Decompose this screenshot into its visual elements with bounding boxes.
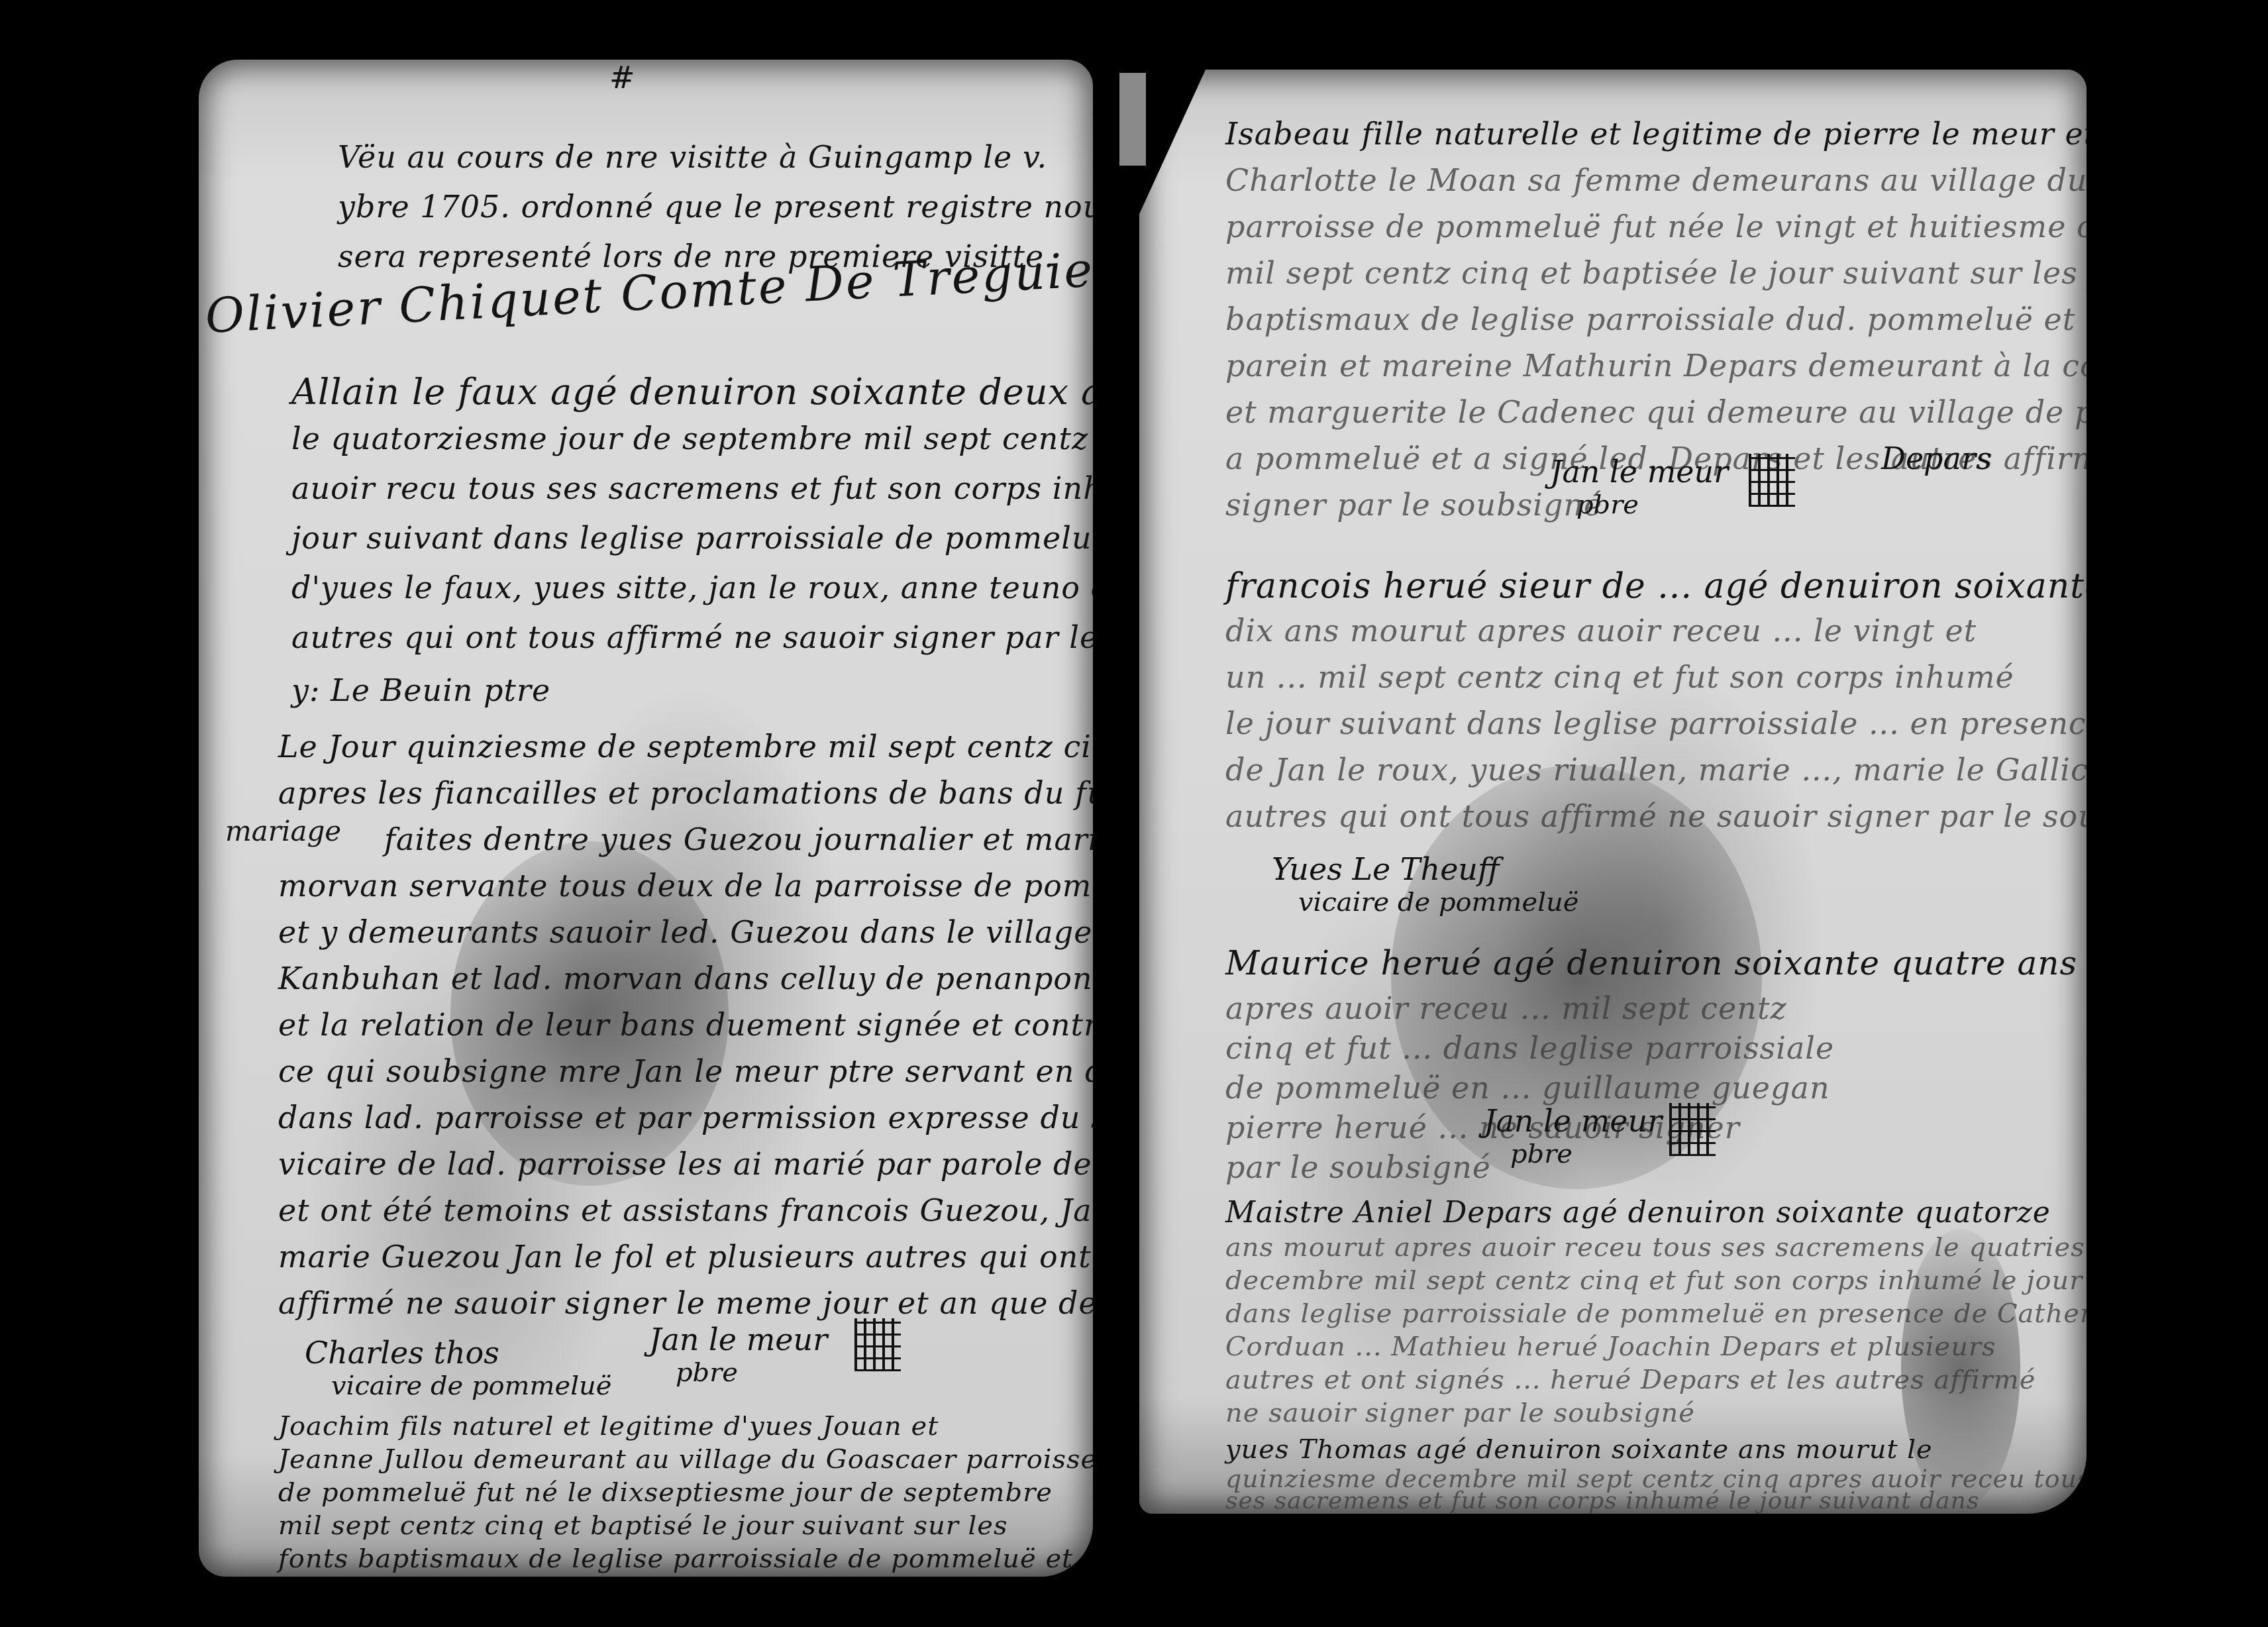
entry-line: ne sauoir signer par le soubsigné xyxy=(1225,1398,1695,1428)
signature-priest: y: Le Beuin ptre xyxy=(291,672,550,708)
entry-line: un ... mil sept centz cinq et fut son co… xyxy=(1225,659,2014,695)
binding-strip xyxy=(1119,73,1146,166)
entry-line: dix ans mourut apres auoir receu ... le … xyxy=(1225,613,1977,649)
margin-label-mariage: mariage xyxy=(225,815,341,847)
entry-line: ce qui soubsigne mre Jan le meur ptre se… xyxy=(278,1053,1093,1089)
visit-note-line-2: ybre 1705. ordonné que le present regist… xyxy=(338,189,1093,225)
entry-line: decembre mil sept centz cinq et fut son … xyxy=(1225,1265,2087,1296)
entry-line: de pommeluë en ... guillaume guegan xyxy=(1225,1070,1830,1106)
signature-title: pbre xyxy=(1484,1139,1662,1169)
entry-line: marie Guezou Jan le fol et plusieurs aut… xyxy=(278,1239,1093,1275)
entry-line: fonts baptismaux de leglise parroissiale… xyxy=(278,1544,1073,1574)
entry-line: le quatorziesme jour de septembre mil se… xyxy=(291,421,1093,456)
entry-line: morvan servante tous deux de la parroiss… xyxy=(278,868,1093,904)
entry-line: Isabeau fille naturelle et legitime de p… xyxy=(1225,116,2087,152)
entry-line: Allain le faux agé denuiron soixante deu… xyxy=(291,371,1093,413)
entry-line: Le Jour quinziesme de septembre mil sept… xyxy=(278,729,1093,764)
left-page: # Vëu au cours de nre visitte à Guingamp… xyxy=(199,60,1093,1577)
signature-name: Jan le meur xyxy=(649,1322,827,1357)
folio-mark: # xyxy=(609,60,635,95)
entry-line: Maistre Aniel Depars agé denuiron soixan… xyxy=(1225,1196,2051,1230)
entry-line: dans lad. parroisse et par permission ex… xyxy=(278,1100,1093,1135)
scan-background: # Vëu au cours de nre visitte à Guingamp… xyxy=(0,0,2268,1627)
signature-title: vicaire de pommeluë xyxy=(305,1371,611,1401)
entry-line: ses sacremens et fut son corps inhumé le… xyxy=(1225,1487,1979,1514)
entry-line: Corduan ... Mathieu herué Joachin Depars… xyxy=(1225,1332,1996,1362)
signature-title: pbre xyxy=(649,1357,827,1388)
entry-line: parein et mareine Mathurin Depars demeur… xyxy=(1225,348,2087,384)
entry-line: faites dentre yues Guezou journalier et … xyxy=(384,821,1093,857)
entry-line: Joachim fils naturel et legitime d'yues … xyxy=(278,1411,939,1442)
entry-line: mil sept centz cinq et baptisée le jour … xyxy=(1225,255,2087,291)
signature-vicar: Yues Le Theuff vicaire de pommeluë xyxy=(1272,851,1578,918)
paraph-mark xyxy=(854,1318,901,1371)
entry-line: dans leglise parroissiale de pommeluë en… xyxy=(1225,1298,2087,1329)
entry-line: affirmé ne sauoir signer le meme jour et… xyxy=(278,1285,1093,1321)
entry-line: jour suivant dans leglise parroissiale d… xyxy=(291,520,1093,556)
signature-name: Jan le meur xyxy=(1550,454,1728,490)
signature-priest: Jan le meur pbre xyxy=(1484,1103,1662,1169)
entry-line: parroisse de pommeluë fut née le vingt e… xyxy=(1225,209,2087,244)
entry-line: auoir recu tous ses sacremens et fut son… xyxy=(291,470,1093,506)
entry-line: yues Thomas agé denuiron soixante ans mo… xyxy=(1225,1434,1933,1465)
entry-line: autres qui ont tous affirmé ne sauoir si… xyxy=(1225,798,2087,834)
entry-line: de Jan le roux, yues riuallen, marie ...… xyxy=(1225,752,2087,788)
entry-line: francois herué sieur de ... agé denuiron… xyxy=(1225,566,2087,606)
entry-line: Jeanne Jullou demeurant au village du Go… xyxy=(278,1444,1093,1475)
entry-line: le jour suivant dans leglise parroissial… xyxy=(1225,706,2087,741)
signature-name: Depars xyxy=(1881,441,1992,476)
signature-title: pbre xyxy=(1550,490,1728,520)
entry-line: et ont été temoins et assistans francois… xyxy=(278,1192,1093,1228)
entry-line: ans mourut apres auoir receu tous ses sa… xyxy=(1225,1232,2087,1263)
signature-name: Yues Le Theuff xyxy=(1272,851,1578,887)
entry-line: Maurice herué agé denuiron soixante quat… xyxy=(1225,944,2087,982)
entry-line: autres et ont signés ... herué Depars et… xyxy=(1225,1365,2036,1395)
entry-line: signer par le soubsigné xyxy=(1225,487,1602,523)
signature-vicar: Charles thos vicaire de pommeluë xyxy=(305,1335,611,1401)
visit-note-line-1: Vëu au cours de nre visitte à Guingamp l… xyxy=(338,139,1047,175)
entry-line: mil sept centz cinq et baptisé le jour s… xyxy=(278,1510,1008,1541)
entry-line: Charlotte le Moan sa femme demeurans au … xyxy=(1225,162,2087,198)
signature-priest: Jan le meur pbre xyxy=(1550,454,1728,520)
entry-line: autres qui ont tous affirmé ne sauoir si… xyxy=(291,619,1093,655)
paraph-mark xyxy=(1669,1103,1716,1156)
entry-line: de pommeluë fut né le dixseptiesme jour … xyxy=(278,1477,1053,1508)
entry-line: Kanbuhan et lad. morvan dans celluy de p… xyxy=(278,961,1093,996)
entry-line: baptismaux de leglise parroissiale dud. … xyxy=(1225,301,2087,337)
book-spine xyxy=(1093,40,1139,1603)
entry-line: et y demeurants sauoir led. Guezou dans … xyxy=(278,914,1093,950)
entry-line: et la relation de leur bans duement sign… xyxy=(278,1007,1093,1043)
entry-line: d'yues le faux, yues sitte, jan le roux,… xyxy=(291,570,1093,605)
signature-name: Jan le meur xyxy=(1484,1103,1662,1139)
signature-name: Charles thos xyxy=(305,1335,611,1371)
paraph-mark xyxy=(1749,454,1795,507)
signature-title: vicaire de pommeluë xyxy=(1272,887,1578,918)
entry-line: par le soubsigné xyxy=(1225,1149,1491,1185)
entry-line: pierre herué ... ne sauoir signer xyxy=(1225,1110,1740,1145)
signature-priest: Jan le meur pbre xyxy=(649,1322,827,1388)
entry-line: apres les fiancailles et proclamations d… xyxy=(278,775,1093,811)
right-page: Isabeau fille naturelle et legitime de p… xyxy=(1139,70,2087,1514)
signature-witness: Depars xyxy=(1881,441,1992,476)
entry-line: et marguerite le Cadenec qui demeure au … xyxy=(1225,394,2087,430)
entry-line: cinq et fut ... dans leglise parroissial… xyxy=(1225,1030,1834,1066)
entry-line: apres auoir receu ... mil sept centz xyxy=(1225,990,1787,1026)
entry-line: vicaire de lad. parroisse les ai marié p… xyxy=(278,1146,1093,1182)
